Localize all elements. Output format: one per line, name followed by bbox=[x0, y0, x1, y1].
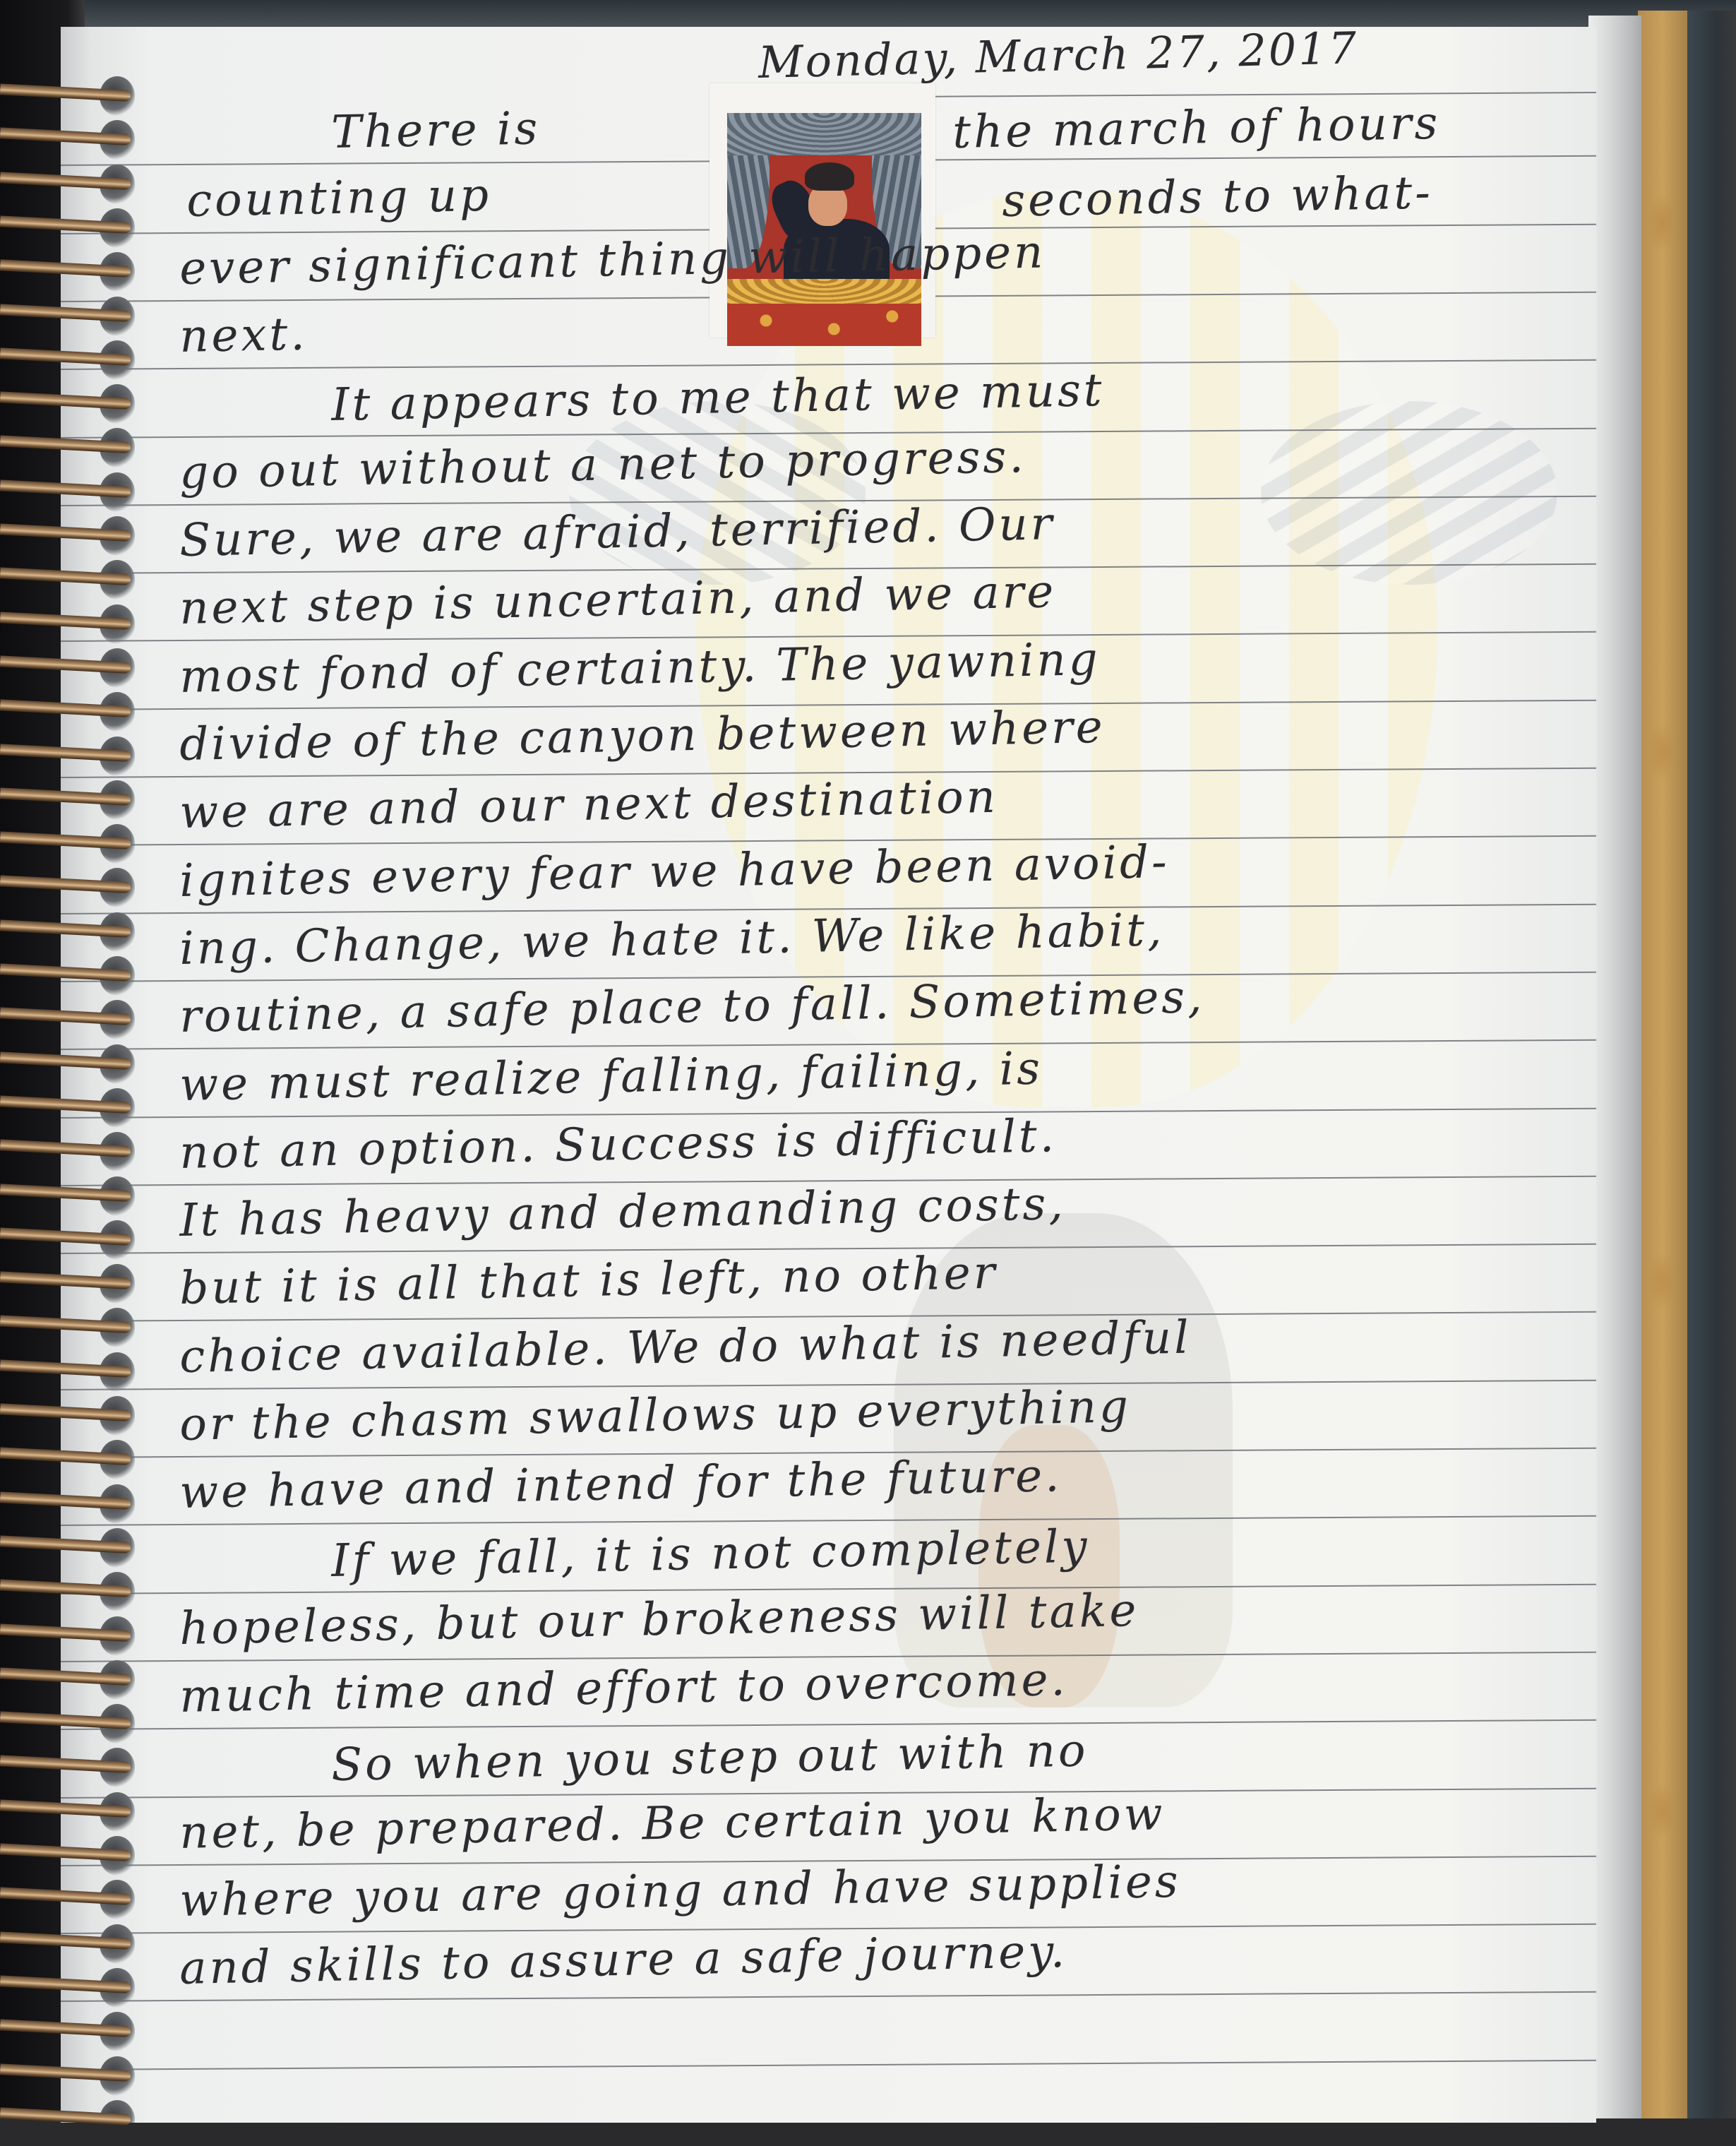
notebook-gold-cover bbox=[1638, 11, 1687, 2129]
ruled-line bbox=[61, 2059, 1596, 2070]
ruled-line bbox=[61, 359, 1596, 370]
picture-sticker bbox=[710, 83, 935, 338]
ruled-line bbox=[61, 1719, 1596, 1730]
balcony-front bbox=[727, 304, 921, 346]
scanner-top-edge bbox=[0, 0, 1736, 28]
journal-line-right: the march of hours bbox=[952, 97, 1441, 159]
journal-line-left: counting up bbox=[186, 169, 492, 227]
notebook-cover-edge bbox=[1687, 11, 1736, 2129]
journal-line-left: There is bbox=[331, 103, 541, 160]
ruled-line bbox=[61, 1515, 1596, 1526]
journal-line-right: seconds to what- bbox=[1002, 167, 1434, 227]
journal-line: next. bbox=[179, 309, 309, 363]
figure-hat bbox=[805, 162, 854, 191]
curtain-valance bbox=[727, 113, 921, 155]
page-stack-edge bbox=[1588, 16, 1641, 2127]
ruled-line bbox=[61, 1991, 1596, 2002]
